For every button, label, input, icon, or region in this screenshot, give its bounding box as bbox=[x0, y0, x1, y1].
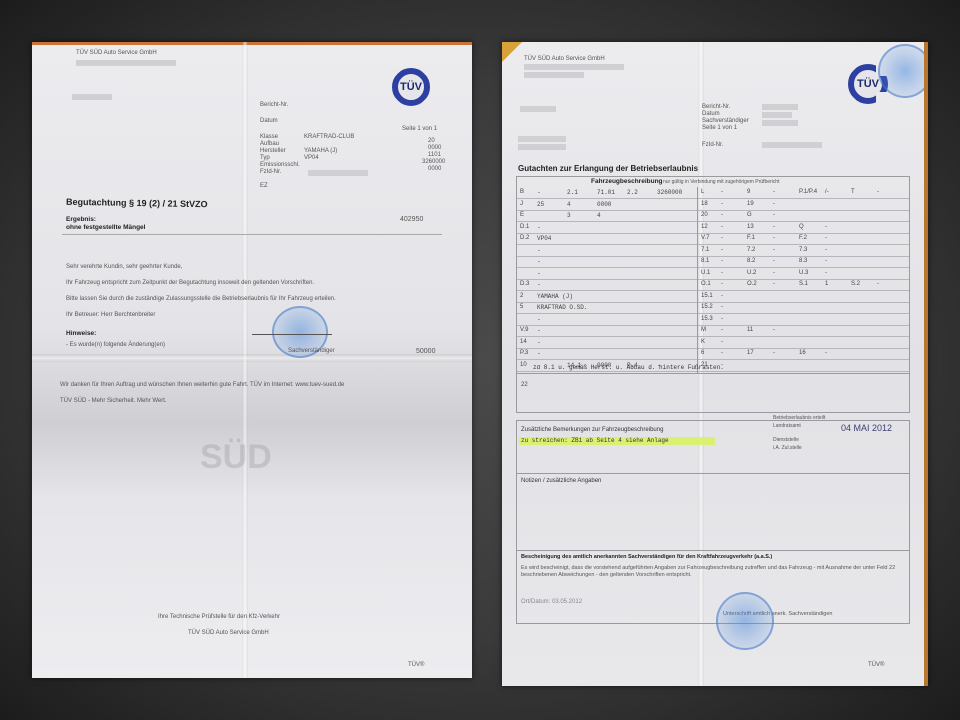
cell-value: Q bbox=[799, 224, 804, 230]
meta-label: FzId-Nr. bbox=[260, 169, 281, 175]
redacted-recipient bbox=[518, 144, 566, 150]
meta-label: FzId-Nr. bbox=[702, 142, 723, 148]
cell-value: 11 bbox=[747, 327, 753, 333]
certification-title: Bescheinigung des amtlich anerkannten Sa… bbox=[521, 554, 772, 560]
column-divider bbox=[697, 187, 698, 373]
redacted bbox=[762, 104, 798, 110]
redacted-address bbox=[76, 60, 176, 66]
cell-value: - bbox=[773, 270, 775, 276]
vehicle-description-table: Fahrzeugbeschreibung nur gültig in Verbi… bbox=[516, 176, 910, 374]
cell-value: /- bbox=[825, 189, 829, 195]
cell-value: - bbox=[721, 339, 723, 345]
cell-value: 8.3 bbox=[799, 258, 807, 264]
cell-value: T bbox=[851, 189, 855, 195]
redacted-phone bbox=[524, 72, 584, 78]
row-label: 15.3 bbox=[701, 316, 713, 322]
cell-value: - bbox=[825, 258, 827, 264]
field-22: 22 zu 8.1 u. gemäß Herst. u. Abbau d. hi… bbox=[516, 360, 910, 413]
document-title: Gutachten zur Erlangung der Betriebserla… bbox=[518, 164, 698, 173]
remarks-highlighted-text: zu streichen: ZB1 ab Seite 4 siehe Anlag… bbox=[521, 437, 669, 444]
cell-value: S.1 bbox=[799, 281, 808, 287]
cell-value: - bbox=[877, 189, 879, 195]
cell-value: - bbox=[721, 270, 723, 276]
row-label: 15.1 bbox=[701, 293, 713, 299]
redacted bbox=[762, 112, 792, 118]
cell-value: - bbox=[537, 339, 541, 346]
row-label: J bbox=[520, 201, 523, 207]
right-document: TÜV SÜD Auto Service GmbH TÜV Bericht-Nr… bbox=[502, 42, 928, 686]
result-value: ohne festgestellte Mängel bbox=[66, 224, 145, 231]
cell-value: - bbox=[721, 304, 723, 310]
cell-value: 3 bbox=[567, 212, 571, 219]
row-label: D.1 bbox=[520, 224, 529, 230]
meta-label: Klasse bbox=[260, 134, 278, 140]
cell-value: 4 bbox=[567, 201, 571, 208]
cell-value: 8.2 bbox=[747, 258, 755, 264]
body-line: Sehr verehrte Kundin, sehr geehrter Kund… bbox=[66, 264, 182, 270]
cell-value: 2.2 bbox=[627, 189, 638, 196]
row-label: 18 bbox=[701, 201, 708, 207]
cell-value: - bbox=[721, 201, 723, 207]
result-label: Ergebnis: bbox=[66, 216, 96, 223]
meta-label: Seite 1 von 1 bbox=[702, 125, 737, 131]
row-label: O.1 bbox=[701, 281, 711, 287]
cell-value: 17 bbox=[747, 350, 754, 356]
cell-value: - bbox=[537, 281, 541, 288]
signature-line bbox=[252, 334, 332, 335]
table-row: -7.1-7.2-7.3- bbox=[517, 245, 909, 257]
table-row: B-2.171.012.23260000L-9-P.1/P.4/-T- bbox=[517, 187, 909, 199]
meta-value: 0000 bbox=[428, 166, 441, 172]
table-row: E3420-G- bbox=[517, 210, 909, 222]
meta-label: Datum bbox=[702, 111, 720, 117]
meta-value: 1101 bbox=[428, 152, 441, 158]
table-row: 2YAMAHA (J)15.1- bbox=[517, 291, 909, 303]
company-header: TÜV SÜD Auto Service GmbH bbox=[524, 56, 605, 62]
footer-company: TÜV SÜD Auto Service GmbH bbox=[188, 630, 269, 636]
row-label: 7.1 bbox=[701, 247, 709, 253]
notes-label: Hinweise: bbox=[66, 330, 96, 337]
row-label: 8.1 bbox=[701, 258, 709, 264]
divider bbox=[62, 234, 442, 235]
company-header: TÜV SÜD Auto Service GmbH bbox=[76, 50, 157, 56]
cell-value: KRAFTRAD O.SD. bbox=[537, 304, 587, 311]
cell-value: - bbox=[721, 258, 723, 264]
cell-value: - bbox=[773, 201, 775, 207]
fold-line bbox=[32, 354, 472, 362]
cell-value: - bbox=[825, 247, 827, 253]
row-label: M bbox=[701, 327, 706, 333]
row-label: D.3 bbox=[520, 281, 529, 287]
cell-value: 16 bbox=[799, 350, 806, 356]
redacted-recipient bbox=[518, 136, 566, 142]
cell-value: - bbox=[773, 281, 775, 287]
thanks-line: Wir danken für Ihren Auftrag und wünsche… bbox=[60, 382, 344, 388]
cell-value: 0000 bbox=[597, 201, 611, 208]
fee-value: 50000 bbox=[416, 348, 435, 355]
cell-value: - bbox=[773, 327, 775, 333]
tuev-logo: TÜV bbox=[392, 68, 430, 106]
cell-value: 3260000 bbox=[657, 189, 682, 196]
cell-value: 7.3 bbox=[799, 247, 807, 253]
cell-value: U.3 bbox=[799, 270, 808, 276]
meta-value: 20 bbox=[428, 138, 435, 144]
cell-value: - bbox=[773, 350, 775, 356]
table-row: 14-K- bbox=[517, 337, 909, 349]
redacted-recipient bbox=[520, 106, 556, 112]
meta-label: Emissionsschl. bbox=[260, 162, 300, 168]
corner-stamp bbox=[878, 44, 928, 98]
cell-value: - bbox=[537, 327, 541, 334]
cell-value: - bbox=[537, 224, 541, 231]
cell-value: - bbox=[721, 224, 723, 230]
cell-value: - bbox=[721, 281, 723, 287]
table-title: Fahrzeugbeschreibung bbox=[591, 178, 663, 185]
cell-value: - bbox=[537, 270, 541, 277]
cell-value: 2.1 bbox=[567, 189, 578, 196]
table-row: P.3-6-17-16- bbox=[517, 348, 909, 360]
meta-value: 3260000 bbox=[422, 159, 445, 165]
cell-value: YAMAHA (J) bbox=[537, 293, 573, 300]
table-row: 5KRAFTRAD O.SD.15.2- bbox=[517, 302, 909, 314]
paper-edge bbox=[924, 42, 928, 686]
row-label: V.9 bbox=[520, 327, 528, 333]
body-line: Bitte lassen Sie durch die zuständige Zu… bbox=[66, 296, 336, 302]
redacted-vin bbox=[308, 170, 368, 176]
cell-value: 19 bbox=[747, 201, 754, 207]
slogan: TÜV SÜD - Mehr Sicherheit. Mehr Wert. bbox=[60, 398, 167, 404]
cell-value: - bbox=[721, 212, 723, 218]
cell-value: - bbox=[825, 224, 827, 230]
cell-value: 25 bbox=[537, 201, 544, 208]
row-label: 2 bbox=[520, 293, 523, 299]
certification-section: Bescheinigung des amtlich anerkannten Sa… bbox=[516, 550, 910, 624]
row-label: V.7 bbox=[701, 235, 709, 241]
approval-date: 04 MAI 2012 bbox=[841, 423, 892, 433]
body-line: Ihr Fahrzeug entspricht zum Zeitpunkt de… bbox=[66, 280, 314, 286]
cell-value: - bbox=[773, 212, 775, 218]
place-date: Ort/Datum: 03.05.2012 bbox=[521, 599, 582, 605]
footer-line: Ihre Technische Prüfstelle für den Kfz-V… bbox=[158, 614, 280, 620]
notes-title: Notizen / zusätzliche Angaben bbox=[521, 478, 601, 484]
row-label: E bbox=[520, 212, 524, 218]
cell-value: - bbox=[773, 247, 775, 253]
cell-value: 1 bbox=[825, 281, 828, 287]
cell-value: - bbox=[773, 235, 775, 241]
field-22-text: zu 8.1 u. gemäß Herst. u. Abbau d. hinte… bbox=[533, 364, 724, 371]
row-label: 6 bbox=[701, 350, 704, 356]
meta-label: Typ bbox=[260, 155, 270, 161]
row-label: 20 bbox=[701, 212, 708, 218]
cell-value: - bbox=[773, 224, 775, 230]
row-label: P.3 bbox=[520, 350, 528, 356]
approval-stamp-sub: Landratsamt bbox=[773, 423, 801, 429]
meta-label: Hersteller bbox=[260, 148, 286, 154]
cell-value: O.2 bbox=[747, 281, 757, 287]
cell-value: - bbox=[877, 281, 879, 287]
cell-value: - bbox=[825, 235, 827, 241]
meta-value: YAMAHA (J) bbox=[304, 148, 337, 154]
cell-value: - bbox=[537, 247, 541, 254]
remarks-title: Zusätzliche Bemerkungen zur Fahrzeugbesc… bbox=[521, 427, 663, 433]
approval-stamp-sub: i.A. Zul.stelle bbox=[773, 445, 802, 451]
official-stamp bbox=[716, 592, 774, 650]
row-label: U.1 bbox=[701, 270, 710, 276]
table-row: J254000018-19- bbox=[517, 199, 909, 211]
paper-edge bbox=[32, 42, 472, 45]
paper-corner bbox=[502, 42, 522, 62]
cell-value: - bbox=[721, 316, 723, 322]
cell-value: VP04 bbox=[537, 235, 551, 242]
cell-value: G bbox=[747, 212, 752, 218]
table-row: D.2VP04V.7-F.1-F.2- bbox=[517, 233, 909, 245]
approval-stamp-label: Betriebserlaubnis erteilt bbox=[773, 415, 825, 421]
field-label: 22 bbox=[521, 382, 528, 388]
left-document: TÜV SÜD Auto Service GmbH TÜV Bericht-Nr… bbox=[32, 42, 472, 678]
cell-value: - bbox=[721, 247, 723, 253]
cell-value: 7.2 bbox=[747, 247, 755, 253]
row-label: 14 bbox=[520, 339, 527, 345]
watermark: SÜD bbox=[200, 438, 272, 477]
cell-value: - bbox=[773, 189, 775, 195]
cell-value: F.1 bbox=[747, 235, 755, 241]
cell-value: 4 bbox=[597, 212, 601, 219]
cell-value: - bbox=[721, 189, 723, 195]
certification-text: Es wird bescheinigt, dass die vorstehend… bbox=[521, 565, 901, 579]
row-label: B bbox=[520, 189, 524, 195]
redacted bbox=[762, 120, 798, 126]
row-label: 5 bbox=[520, 304, 523, 310]
footer-mark: TÜV® bbox=[408, 662, 424, 668]
footer-mark: TÜV® bbox=[868, 662, 884, 668]
cell-value: 13 bbox=[747, 224, 754, 230]
meta-label: Sachverständiger bbox=[702, 118, 749, 124]
document-title: Begutachtung § 19 (2) / 21 StVZO bbox=[66, 197, 208, 209]
table-row: D.1-12-13-Q- bbox=[517, 222, 909, 234]
signature-label: Sachverständiger bbox=[288, 348, 335, 354]
meta-label: Aufbau bbox=[260, 141, 279, 147]
cell-value: - bbox=[825, 270, 827, 276]
meta-label: EZ bbox=[260, 183, 268, 189]
cell-value: - bbox=[721, 293, 723, 299]
row-label: 15.2 bbox=[701, 304, 713, 310]
row-label: D.2 bbox=[520, 235, 529, 241]
row-label: 12 bbox=[701, 224, 708, 230]
cell-value: 71.01 bbox=[597, 189, 615, 196]
body-line: Ihr Betreuer: Herr Berchtenbreiter bbox=[66, 312, 155, 318]
cell-value: P.1/P.4 bbox=[799, 189, 817, 195]
meta-value: VP04 bbox=[304, 155, 319, 161]
row-label: L bbox=[701, 189, 704, 195]
notes-line: - Es wurde(n) folgende Änderung(en) bbox=[66, 342, 165, 348]
table-row: V.9-M-11- bbox=[517, 325, 909, 337]
cell-value: - bbox=[721, 327, 723, 333]
meta-label: Bericht-Nr. bbox=[260, 102, 288, 108]
page-info: Seite 1 von 1 bbox=[402, 126, 437, 132]
table-row: -8.1-8.2-8.3- bbox=[517, 256, 909, 268]
cell-value: - bbox=[537, 189, 541, 196]
meta-label: Datum bbox=[260, 118, 278, 124]
approval-stamp-sub: Dienststelle bbox=[773, 437, 799, 443]
report-number: 402950 bbox=[400, 216, 423, 223]
redacted-recipient bbox=[72, 94, 112, 100]
cell-value: - bbox=[825, 350, 827, 356]
cell-value: - bbox=[721, 235, 723, 241]
cell-value: - bbox=[773, 258, 775, 264]
cell-value: U.2 bbox=[747, 270, 756, 276]
cell-value: 9 bbox=[747, 189, 750, 195]
redacted-address bbox=[524, 64, 624, 70]
table-row: D.3-O.1-O.2-S.11S.2- bbox=[517, 279, 909, 291]
cell-value: - bbox=[537, 258, 541, 265]
cell-value: - bbox=[537, 350, 541, 357]
cell-value: F.2 bbox=[799, 235, 807, 241]
meta-label: Bericht-Nr. bbox=[702, 104, 730, 110]
meta-value: KRAFTRAD-CLUB bbox=[304, 134, 354, 140]
table-subtitle: nur gültig in Verbindung mit zugehörigem… bbox=[663, 179, 779, 185]
remarks-section: Zusätzliche Bemerkungen zur Fahrzeugbesc… bbox=[516, 420, 910, 474]
cell-value: S.2 bbox=[851, 281, 860, 287]
notes-section: Notizen / zusätzliche Angaben bbox=[516, 472, 910, 551]
cell-value: - bbox=[721, 350, 723, 356]
cell-value: - bbox=[537, 316, 541, 323]
table-row: -15.3- bbox=[517, 314, 909, 326]
redacted bbox=[762, 142, 822, 148]
table-row: -U.1-U.2-U.3- bbox=[517, 268, 909, 280]
meta-value: 0000 bbox=[428, 145, 441, 151]
row-label: K bbox=[701, 339, 705, 345]
